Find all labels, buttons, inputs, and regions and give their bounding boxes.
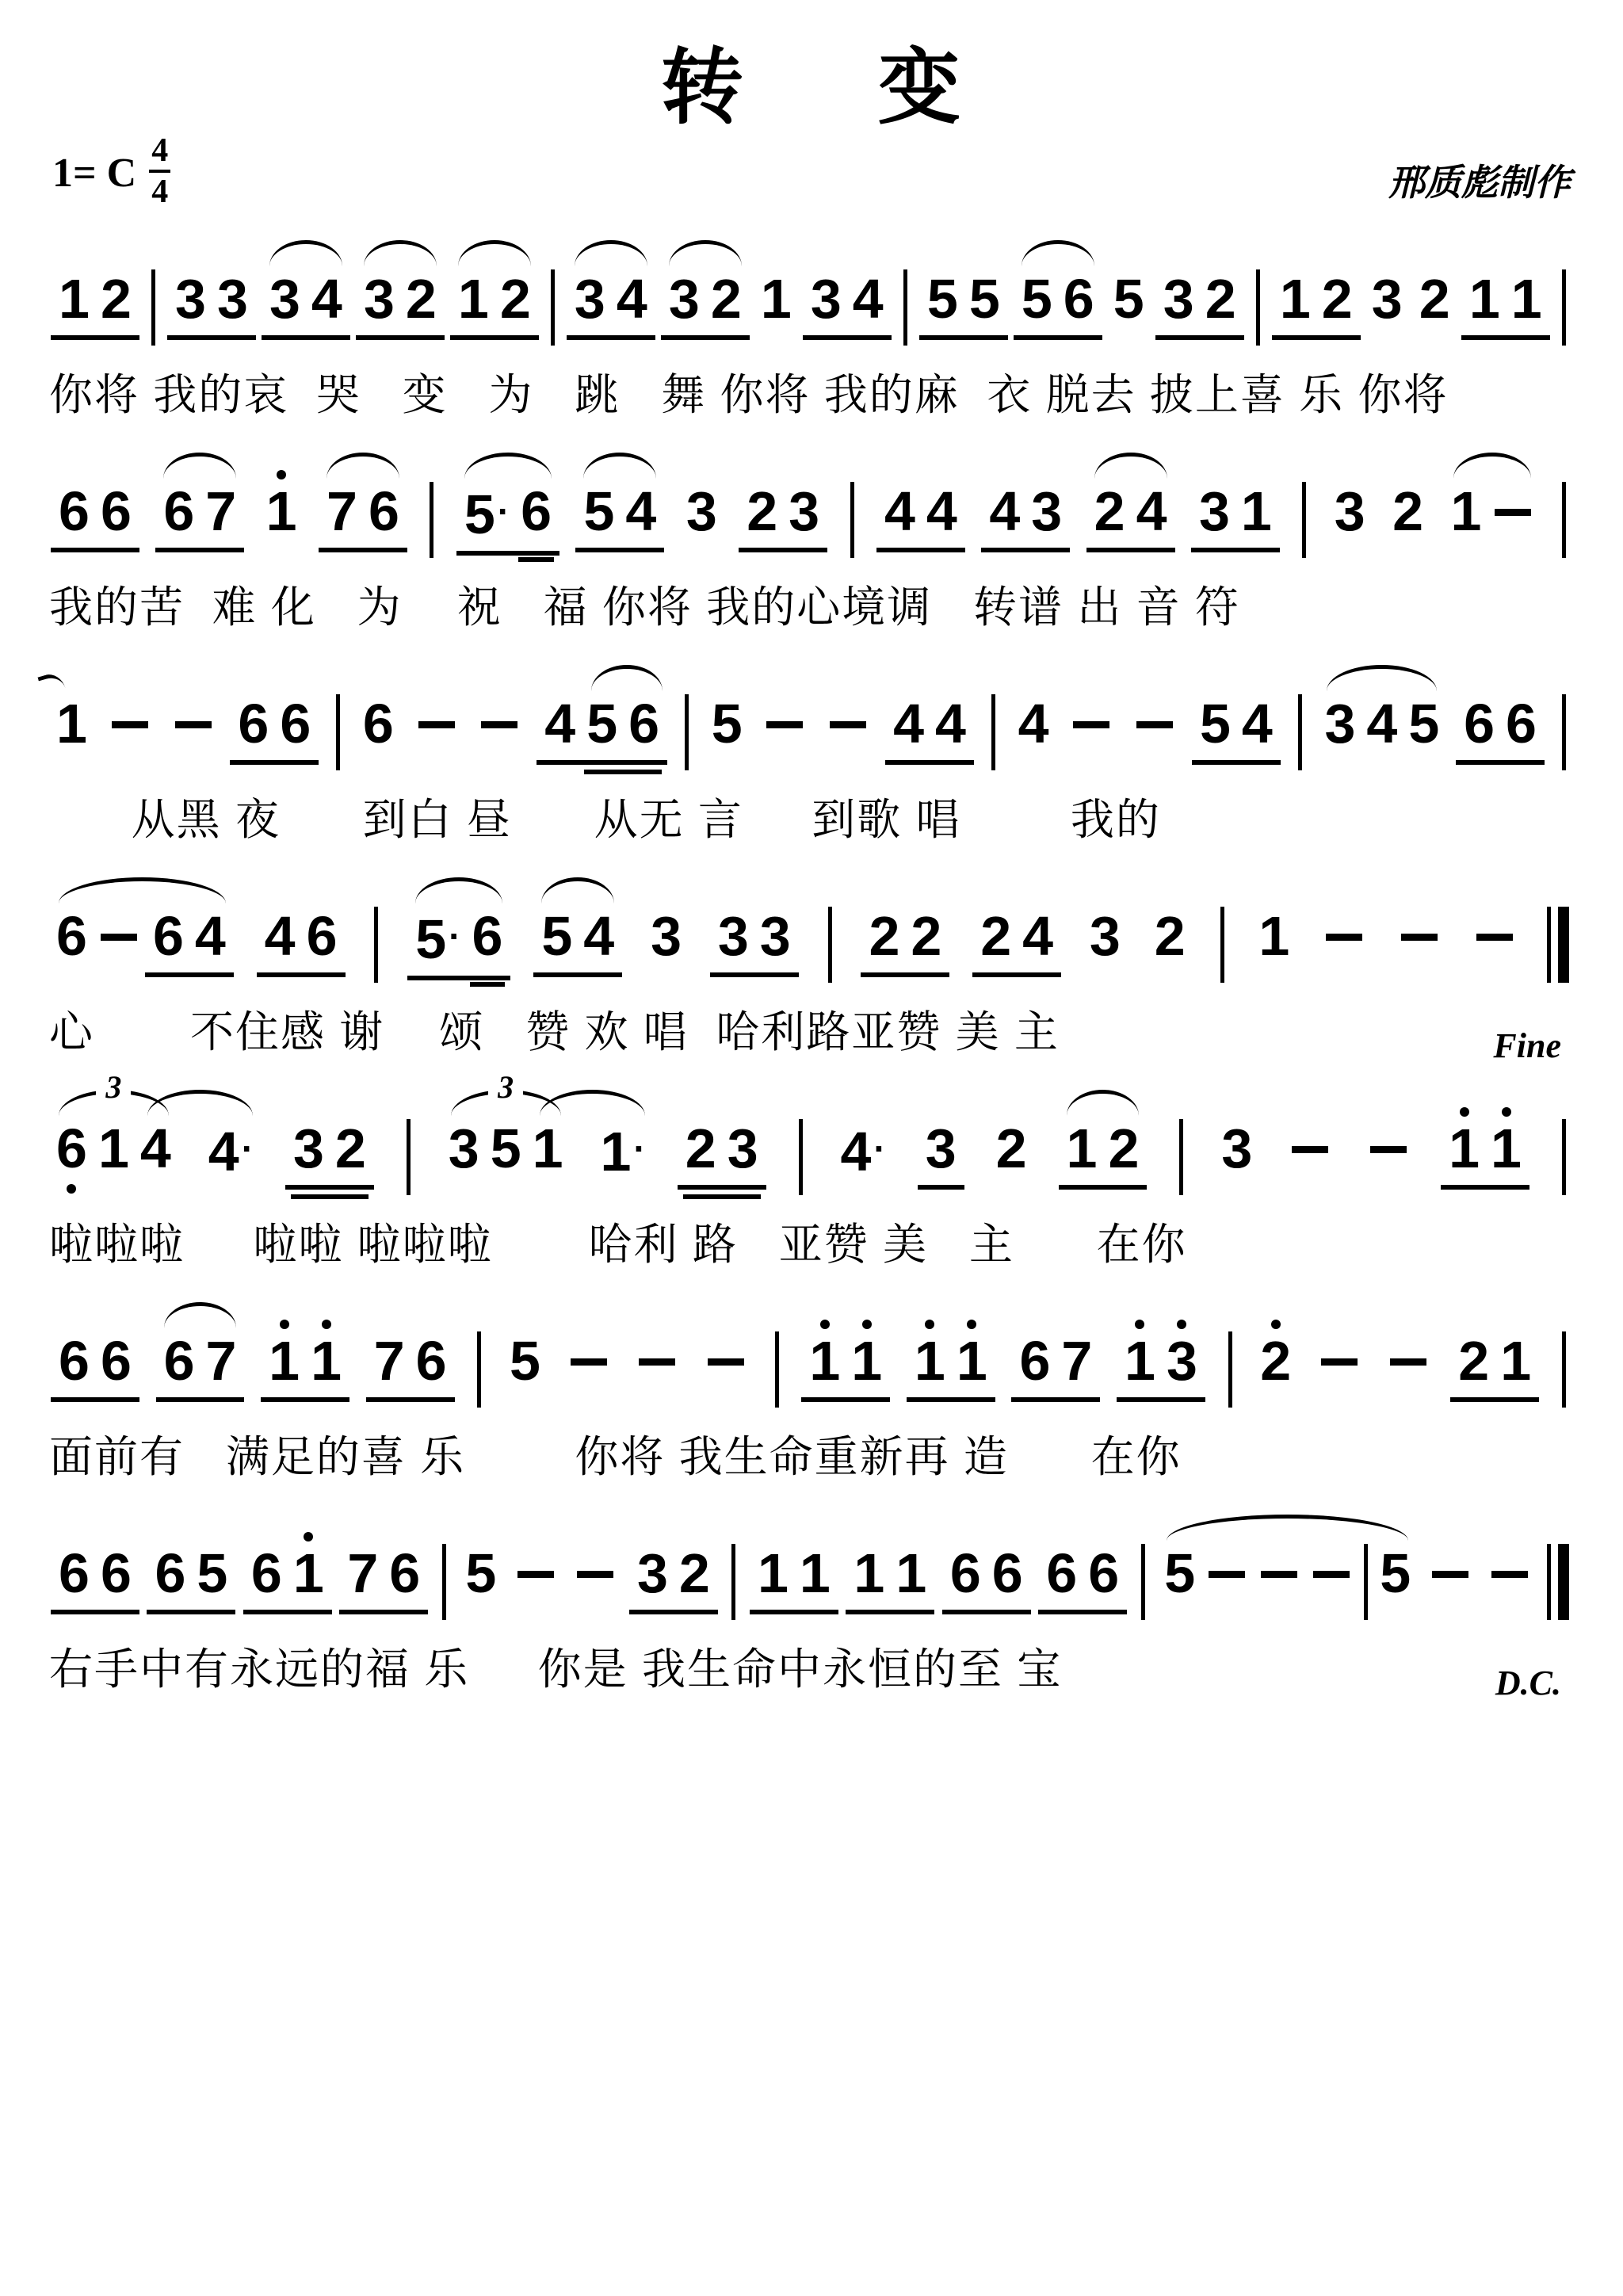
double-beam-run: 6 [515,482,557,541]
note: 7 [321,482,363,541]
notation-line: 36144·3233511·234·3212311 [49,1119,1574,1195]
barline [775,1331,779,1408]
measure-cell [822,694,874,728]
note: 5 [504,1331,546,1390]
note: 3 [1158,269,1200,328]
measure-cell: 32 [1155,269,1244,340]
measure-cell [758,694,811,728]
note: 5 [1159,1544,1201,1603]
beam-group: 66 [51,482,139,552]
measure-cell: 67 [156,1331,245,1402]
lyrics-line: 你将 我的哀 哭 变 为 跳 舞 你将 我的麻 衣 脱去 披上喜 乐 你将 [49,369,1574,420]
measure-cell [725,1544,742,1620]
note: 2 [1254,1331,1296,1390]
measure-cell: 5·6 [456,482,559,556]
measure-cell: 54 [533,907,622,977]
measure-cell [700,1331,752,1366]
measure-cell: 31 [1191,482,1280,552]
measure-cell: 61 [243,1544,332,1614]
beam-group: 456 [537,694,667,765]
measure-cell: 664 [51,907,234,977]
measure-cell [1556,694,1572,770]
notation-line: 123334321234321345556532123211 [49,269,1574,346]
measure-cell [1468,907,1521,941]
measure-cell: 1 [755,269,797,328]
measure-cell [436,1544,453,1620]
measure-cell [631,1331,683,1366]
slur-arc [464,453,552,479]
note: 5· [410,907,466,968]
duration-dash [766,721,803,728]
note: 5 [1016,269,1058,328]
measure-cell: 2 [1149,907,1191,965]
measure-cell [1556,269,1572,346]
system-5: 36144·3233511·234·3212311啦啦啦 啦啦 啦啦啦 哈利 路… [49,1070,1574,1270]
note: 6 [945,1544,987,1603]
measure-cell [167,694,220,728]
note: 2 [1453,1331,1495,1390]
note: 5 [1374,1544,1416,1603]
beam-group: 61 [243,1544,332,1614]
note: 3 [264,269,306,328]
note: 4 [611,269,653,328]
measure-cell: 46 [257,907,346,977]
note: 6 [1041,1544,1083,1603]
systems: 123334321234321345556532123211你将 我的哀 哭 变… [49,220,1574,1694]
measure-cell [510,1544,562,1578]
slur-arc [59,877,226,904]
measure-cell: 4· [203,1119,259,1181]
barline [1256,269,1260,346]
beam-group: 34 [803,269,892,340]
note: 3 [663,269,705,328]
beam-group: 22 [861,907,949,977]
beam-group: 33 [167,269,256,340]
slur-arc [540,1090,645,1116]
time-signature-bottom: 4 [149,173,170,209]
note: 1 [794,1544,836,1603]
slur-arc [575,240,647,266]
measure-cell: 32 [629,1544,718,1614]
note: 6 [1058,269,1100,328]
lyrics-line: 啦啦啦 啦啦 啦啦啦 哈利 路 亚赞 美 主 在你 [49,1219,1574,1270]
measure-cell [145,269,162,346]
measure-cell: 2 [1414,269,1456,328]
measure-cell: 456 [537,694,667,765]
note: 1 [305,1331,347,1390]
barline [1562,1331,1566,1408]
note: 4· [835,1119,892,1181]
measure-cell: 67 [155,482,244,552]
slur-arc [1167,1515,1408,1541]
note: 6 [363,482,405,541]
note: 5 [485,1119,527,1178]
triplet-number: 3 [96,1072,131,1103]
note: 2 [330,1119,372,1178]
note: 2 [741,482,783,541]
measure-cell [368,907,384,983]
measure-cell [1214,907,1231,983]
note: 3 [722,1119,764,1178]
beam-group: 66 [942,1544,1031,1614]
measure-cell [1382,1331,1434,1366]
note: 2 [1089,482,1131,541]
slur-arc [583,453,656,479]
system-6: 66671176511116713221面前有 满足的喜 乐 你将 我生命重新再… [49,1282,1574,1482]
measure-cell: 66 [230,694,319,765]
barline [407,1119,411,1195]
note: 1 [909,1331,951,1390]
note: 5 [536,907,578,965]
barline [336,694,340,770]
measure-cell: 5 [460,1544,502,1603]
beam-group: 43 [981,482,1070,552]
note: 5 [922,269,964,328]
measure-cell [1284,1119,1336,1153]
measure-cell: 2 [991,1119,1033,1178]
note: 4 [578,907,620,965]
beam-group: 46 [257,907,346,977]
beam-group: 11 [750,1544,838,1614]
beam-group: 54 [575,482,664,552]
note: 6 [357,694,399,753]
time-signature: 4 4 [149,133,170,209]
beam-group: 3 [918,1119,964,1190]
note: 6 [1458,694,1500,753]
slur-arc [458,240,531,266]
measure-cell: 32 [356,269,445,340]
measure-cell: 1 [1445,482,1540,541]
augmentation-dot: · [446,915,460,957]
beam-group: 76 [339,1544,428,1614]
measure-cell [1393,907,1445,941]
note: 1 [752,1544,794,1603]
note: 6 [147,907,189,965]
note: 2 [863,907,905,965]
notation-line: 666561765321111666655 [49,1544,1574,1620]
note: 3 [645,907,687,965]
note: 2 [95,269,137,328]
note: 1 [890,1544,932,1603]
note: 2 [495,269,537,328]
duration-dash [1321,1358,1358,1366]
note: 5 [460,1544,502,1603]
note: 5 [191,1544,233,1603]
note: 4 [1017,907,1059,965]
final-barline-thin [1547,1544,1551,1620]
final-barline [1547,907,1569,983]
measure-cell: 65 [147,1544,235,1614]
barline [151,269,155,346]
barline [1562,1119,1566,1195]
beam-group: 66 [51,1544,139,1614]
measure-cell: 44 [885,694,974,765]
system-1: 123334321234321345556532123211你将 我的哀 哭 变… [49,220,1574,420]
duration-dash [1261,1571,1297,1578]
barline [551,269,555,346]
note: 1 [51,694,93,753]
note: 3 [443,1119,485,1178]
measure-cell: 12 [1059,1119,1148,1190]
measure-cell: 66 [1456,694,1545,765]
note: 6 [301,907,343,965]
note: 3 [1319,694,1361,753]
duration-dash [830,721,866,728]
measure-cell: 21 [1450,1331,1539,1402]
note: 4 [847,269,889,328]
measure-cell: 11 [1441,1119,1529,1190]
note: 6 [246,1544,288,1603]
note: 2 [1414,269,1456,328]
beam-group: 32 [1155,269,1244,340]
note: 3 [632,1544,674,1603]
beam-group: 11 [1461,269,1550,340]
duration-dash [1491,1571,1528,1578]
measure-cell [473,694,525,728]
barline [685,694,689,770]
measure-cell: 43 [981,482,1070,552]
note: 2 [705,269,747,328]
measure-cell [1556,1119,1572,1195]
beam-group: 5·6 [456,482,559,556]
barline [1562,269,1566,346]
duration-dash [101,934,137,941]
barline [828,907,832,983]
duration-dash [1326,934,1362,941]
beam-group: 32 [629,1544,718,1614]
beam-group: 67 [155,482,244,552]
note: 1 [804,1331,846,1390]
measure-cell: 56 [1014,269,1102,340]
lyrics-line: 我的苦 难 化 为 祝 福 你将 我的心境调 转谱 出 音 符 [49,582,1574,632]
barline [991,694,995,770]
measure-cell [1135,1544,1151,1620]
fine-marker: Fine [1493,1029,1561,1064]
duration-dash [1292,1146,1328,1153]
note: 5 [578,482,620,541]
note: 1 [1443,1119,1485,1178]
duration-dash [517,1571,554,1578]
barline [442,1544,446,1620]
note: 6 [232,694,274,753]
note: 1 [1485,1119,1527,1178]
measure-cell: 24 [972,907,1061,977]
note: 1 [755,269,797,328]
note: 5 [1403,694,1445,753]
final-barline-thick [1558,1544,1569,1620]
beam-group: 13 [1117,1331,1205,1402]
beam-group: 12 [1059,1119,1148,1190]
measure-cell: 32 [285,1119,374,1190]
beam-group: 31 [1191,482,1280,552]
beam-group: 24 [1086,482,1175,552]
measure-cell: 32 [661,269,750,340]
note: 4 [921,482,963,541]
note: 3 [1366,269,1408,328]
note: 4· [203,1119,259,1181]
measure-cell: 11 [750,1544,838,1614]
note: 2 [1149,907,1191,965]
note: 5· [459,482,515,544]
measure-cell [844,482,861,558]
beam-group: 56 [1014,269,1102,340]
beam-group: 67 [156,1331,245,1402]
measure-cell: 3614 [51,1119,177,1178]
measure-cell [1222,1331,1239,1408]
note: 1 [1274,269,1316,328]
note: 1 [53,269,95,328]
measure-cell: 23 [678,1119,766,1190]
slur-arc [147,1090,253,1116]
note: 6 [53,482,95,541]
note: 6 [623,694,665,753]
note: 6 [51,1119,93,1178]
beam-group: 54 [1192,694,1281,765]
measure-cell: 3 [681,482,723,541]
note: 7 [200,482,242,541]
note: 1 [288,1544,330,1603]
measure-cell: 24 [1086,482,1175,552]
measure-cell: 11 [846,1544,934,1614]
measure-cell [400,1119,417,1195]
measure-cell [330,694,346,770]
beam-group: 66 [51,1331,139,1402]
measure-cell: 44 [876,482,965,552]
duration-dash [1476,934,1513,941]
note: 4 [259,907,301,965]
measure-cell [563,1331,615,1366]
note: 4 [888,694,930,753]
note: 1 [263,1331,305,1390]
meta-row: 1= C 4 4 邢质彪制作 [49,138,1574,209]
note: 4 [620,482,662,541]
measure-cell: 345 [1319,694,1445,753]
augmentation-dot: · [239,1128,254,1169]
lyrics-line: 面前有 满足的喜 乐 你将 我生命重新再 造 在你 [49,1431,1574,1482]
composer-credit: 邢质彪制作 [1388,165,1571,201]
barline [1364,1544,1368,1620]
measure-cell: 5 [706,694,748,753]
note: 5 [1194,694,1236,753]
beam-group: 34 [567,269,655,340]
measure-cell: 3 [918,1119,964,1190]
beam-group: 64 [145,907,234,977]
beam-group: 11 [1441,1119,1529,1190]
measure-cell: 2 [1254,1331,1296,1390]
measure-cell: 76 [319,482,407,552]
measure-cell: 1· [595,1119,651,1181]
double-beam-run: 32 [288,1119,372,1178]
note: 2 [1387,482,1429,541]
measure-cell: 66 [942,1544,1031,1614]
beam-group: 24 [972,907,1061,977]
measure-cell [104,694,156,728]
duration-dash [1370,1146,1407,1153]
slur-arc [327,453,399,479]
note: 1 [1464,269,1506,328]
note: 6 [515,482,557,541]
notation-line: 66671176511116713221 [49,1331,1574,1408]
measure-cell: 34 [803,269,892,340]
note: 6 [1500,694,1542,753]
beam-group: 66 [230,694,319,765]
measure-cell: 33 [710,907,799,977]
note: 3 [569,269,611,328]
barline [1220,907,1224,983]
note: 2 [674,1544,716,1603]
sheet-music-page: 转 变 1= C 4 4 邢质彪制作 123334321234321345556… [0,0,1623,2296]
duration-dash [175,721,212,728]
note: 4 [879,482,921,541]
beam-group: 11 [846,1544,934,1614]
note: 1 [1506,269,1548,328]
measure-cell: 11 [801,1331,890,1402]
measure-cell: 3 [1216,1119,1258,1178]
note: 6 [158,1331,200,1390]
beam-group: 32 [661,269,750,340]
beam-group: 32 [356,269,445,340]
note: 1· [595,1119,651,1181]
measure-cell: 1 [51,694,93,753]
barline [1179,1119,1183,1195]
measure-cell: 5·6 [407,907,510,980]
note: 2 [905,907,947,965]
notation-line: 66671765·65432344432431321 [49,482,1574,558]
measure-cell [1544,907,1572,983]
duration-dash [708,1358,744,1366]
dc-marker: D.C. [1495,1666,1561,1701]
note: 4 [539,694,581,753]
notation-line: 166645654445434566 [49,694,1574,770]
measure-cell: 11 [907,1331,995,1402]
duration-dash [418,721,455,728]
measure-cell [423,482,440,558]
slur-arc [415,877,502,904]
note: 2 [1200,269,1242,328]
slur-arc [541,877,614,904]
beam-group: 66 [1038,1544,1127,1614]
note: 4 [1361,694,1403,753]
slur-arc [269,240,342,266]
measure-cell: 1 [261,482,303,541]
barline [1562,482,1566,558]
measure-cell: 55 [1159,1544,1416,1620]
note: 7 [200,1331,242,1390]
measure-cell: 55 [919,269,1008,340]
note: 6 [149,1544,191,1603]
double-beam-run: 6 [467,907,509,965]
note: 2 [991,1119,1033,1178]
system-7: 666561765321111666655右手中有永远的福 乐 你是 我生命中永… [49,1495,1574,1694]
note: 1 [848,1544,890,1603]
measure-cell: 66 [51,482,139,552]
measure-cell: 34 [567,269,655,340]
note: 1 [1445,482,1487,541]
beam-group: 12 [450,269,539,340]
duration-dash [1313,1571,1350,1578]
triplet-number: 3 [488,1072,523,1103]
barline [430,482,433,558]
measure-cell: 12 [51,269,139,340]
measure-cell: 3351 [443,1119,569,1178]
beam-group: 55 [919,269,1008,340]
note: 6 [53,1331,95,1390]
beam-group: 33 [710,907,799,977]
duration-dash [1432,1571,1468,1578]
note: 6 [95,1544,137,1603]
barline [850,482,854,558]
double-beam-run: 23 [680,1119,764,1178]
